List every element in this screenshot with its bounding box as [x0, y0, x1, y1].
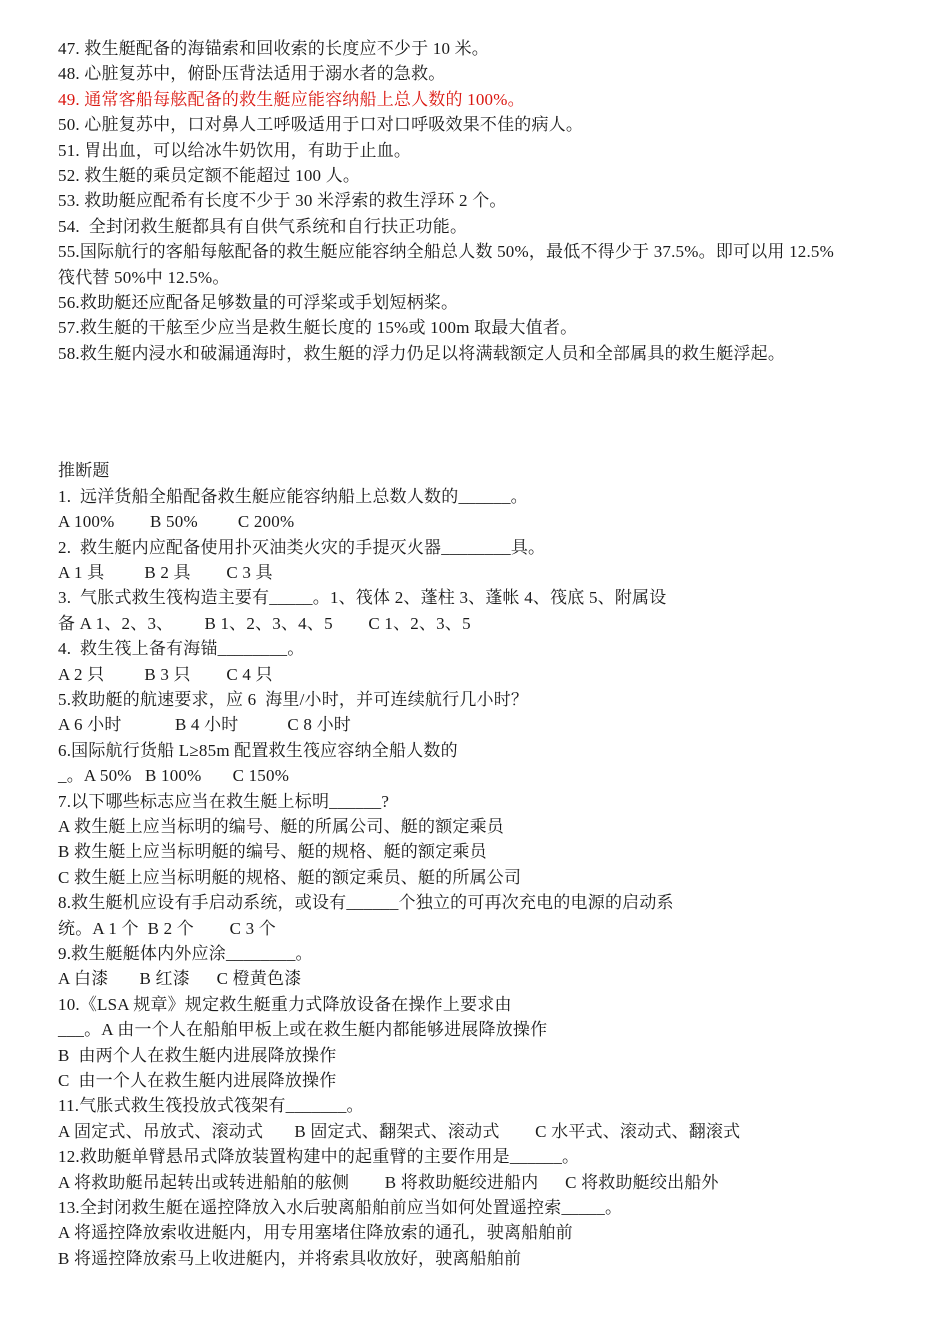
text-line: 11.气胀式救生筏投放式筏架有_______。: [58, 1093, 902, 1118]
text-line: A 将遥控降放索收进艇内，用专用塞堵住降放索的通孔，驶离船舶前: [58, 1220, 902, 1245]
text-line: 56.救助艇还应配备足够数量的可浮桨或手划短柄桨。: [58, 290, 902, 315]
text-line: 4. 救生筏上备有海锚________。: [58, 636, 902, 661]
text-line: 3. 气胀式救生筏构造主要有_____。1、筏体 2、蓬柱 3、蓬帐 4、筏底 …: [58, 585, 902, 610]
text-line: 统。A 1 个 B 2 个 C 3 个: [58, 916, 902, 941]
text-line: 50. 心脏复苏中，口对鼻人工呼吸适用于口对口呼吸效果不佳的病人。: [58, 112, 902, 137]
text-line: A 将救助艇吊起转出或转进船舶的舷侧 B 将救助艇绞进船内 C 将救助艇绞出船外: [58, 1170, 902, 1195]
text-line: 53. 救助艇应配希有长度不少于 30 米浮索的救生浮环 2 个。: [58, 188, 902, 213]
text-line: 7.以下哪些标志应当在救生艇上标明______?: [58, 789, 902, 814]
text-line: A 救生艇上应当标明的编号、艇的所属公司、艇的额定乘员: [58, 814, 902, 839]
text-line: 筏代替 50%中 12.5%。: [58, 265, 902, 290]
text-line: 57.救生艇的干舷至少应当是救生艇长度的 15%或 100m 取最大值者。: [58, 315, 902, 340]
text-line: A 1 具 B 2 具 C 3 具: [58, 560, 902, 585]
text-line: 13.全封闭救生艇在遥控降放入水后驶离船舶前应当如何处置遥控索_____。: [58, 1195, 902, 1220]
document-page: 47. 救生艇配备的海锚索和回收索的长度应不少于 10 米。48. 心脏复苏中，…: [0, 0, 950, 1344]
text-line: A 6 小时 B 4 小时 C 8 小时: [58, 712, 902, 737]
text-line: C 由一个人在救生艇内进展降放操作: [58, 1068, 902, 1093]
text-line: C 救生艇上应当标明艇的规格、艇的额定乘员、艇的所属公司: [58, 865, 902, 890]
text-line: _。A 50% B 100% C 150%: [58, 763, 902, 788]
text-line: 52. 救生艇的乘员定额不能超过 100 人。: [58, 163, 902, 188]
text-line: 55.国际航行的客船每舷配备的救生艇应能容纳全船总人数 50%，最低不得少于 3…: [58, 239, 902, 264]
text-line: 12.救助艇单臂悬吊式降放装置构建中的起重臂的主要作用是______。: [58, 1144, 902, 1169]
text-line: A 2 只 B 3 只 C 4 只: [58, 662, 902, 687]
text-line: 1. 远洋货船全船配备救生艇应能容纳船上总数人数的______。: [58, 484, 902, 509]
text-line: 5.救助艇的航速要求，应 6 海里/小时，并可连续航行几小时？: [58, 687, 902, 712]
text-line: 6.国际航行货船 L≥85m 配置救生筏应容纳全船人数的: [58, 738, 902, 763]
text-line: 2. 救生艇内应配备使用扑灭油类火灾的手提灭火器________具。: [58, 535, 902, 560]
section-heading: 推断题: [58, 458, 902, 483]
text-line: 8.救生艇机应设有手启动系统，或设有______个独立的可再次充电的电源的启动系: [58, 890, 902, 915]
text-line: 48. 心脏复苏中，俯卧压背法适用于溺水者的急救。: [58, 61, 902, 86]
document-body: 47. 救生艇配备的海锚索和回收索的长度应不少于 10 米。48. 心脏复苏中，…: [58, 36, 902, 1271]
text-line: B 将遥控降放索马上收进艇内，并将索具收放好，驶离船舶前: [58, 1246, 902, 1271]
text-line: A 固定式、吊放式、滚动式 B 固定式、翻架式、滚动式 C 水平式、滚动式、翻滚…: [58, 1119, 902, 1144]
text-line: A 100% B 50% C 200%: [58, 509, 902, 534]
text-line: 10.《LSA 规章》规定救生艇重力式降放设备在操作上要求由: [58, 992, 902, 1017]
text-line: 54. 全封闭救生艇都具有自供气系统和自行扶正功能。: [58, 214, 902, 239]
text-line: 51. 胃出血，可以给冰牛奶饮用，有助于止血。: [58, 138, 902, 163]
text-line: 9.救生艇艇体内外应涂________。: [58, 941, 902, 966]
text-line: 47. 救生艇配备的海锚索和回收索的长度应不少于 10 米。: [58, 36, 902, 61]
text-line: B 救生艇上应当标明艇的编号、艇的规格、艇的额定乘员: [58, 839, 902, 864]
text-line: 备 A 1、2、3、 B 1、2、3、4、5 C 1、2、3、5: [58, 611, 902, 636]
statement-line-highlighted: 49. 通常客船每舷配备的救生艇应能容纳船上总人数的 100%。: [58, 87, 902, 112]
text-line: ___。A 由一个人在船舶甲板上或在救生艇内都能够进展降放操作: [58, 1017, 902, 1042]
text-line: 58.救生艇内浸水和破漏通海时，救生艇的浮力仍足以将满载额定人员和全部属具的救生…: [58, 341, 902, 366]
text-line: B 由两个人在救生艇内进展降放操作: [58, 1043, 902, 1068]
text-line: A 白漆 B 红漆 C 橙黄色漆: [58, 966, 902, 991]
